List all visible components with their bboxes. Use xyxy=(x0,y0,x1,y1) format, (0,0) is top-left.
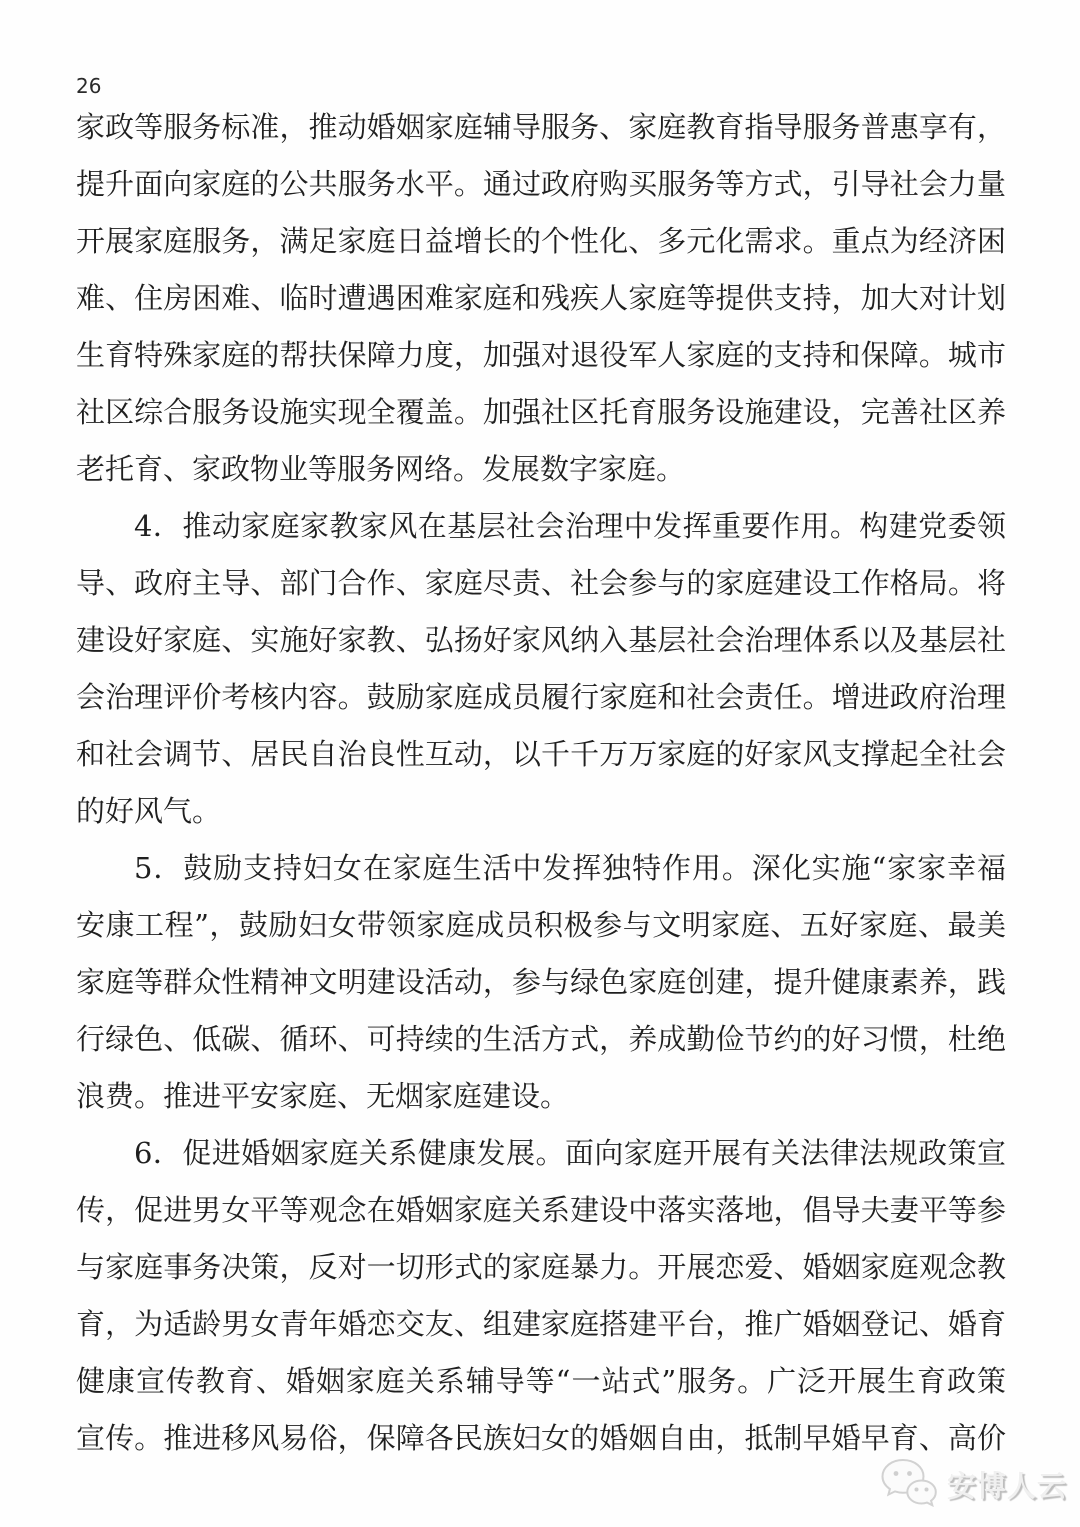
text-line: 会治理评价考核内容。鼓励家庭成员履行家庭和社会责任。增进政府治理 xyxy=(76,669,1006,726)
text-line: 提升面向家庭的公共服务水平。通过政府购买服务等方式，引导社会力量 xyxy=(76,156,1006,213)
text-line: 育，为适龄男女青年婚恋交友、组建家庭搭建平台，推广婚姻登记、婚育 xyxy=(76,1296,1006,1353)
text-line: 与家庭事务决策，反对一切形式的家庭暴力。开展恋爱、婚姻家庭观念教 xyxy=(76,1239,1006,1296)
text-line: 建设好家庭、实施好家教、弘扬好家风纳入基层社会治理体系以及基层社 xyxy=(76,612,1006,669)
text-line: 家政等服务标准，推动婚姻家庭辅导服务、家庭教育指导服务普惠享有， xyxy=(76,99,1006,156)
document-page: 26 家政等服务标准，推动婚姻家庭辅导服务、家庭教育指导服务普惠享有，提升面向家… xyxy=(0,0,1080,1527)
paragraph: 4．推动家庭家教家风在基层社会治理中发挥重要作用。构建党委领导、政府主导、部门合… xyxy=(76,498,1006,840)
text-line: 社区综合服务设施实现全覆盖。加强社区托育服务设施建设，完善社区养 xyxy=(76,384,1006,441)
text-line: 难、住房困难、临时遭遇困难家庭和残疾人家庭等提供支持，加大对计划 xyxy=(76,270,1006,327)
text-line: 健康宣传教育、婚姻家庭关系辅导等“一站式”服务。广泛开展生育政策 xyxy=(76,1353,1006,1410)
text-line: 家庭等群众性精神文明建设活动，参与绿色家庭创建，提升健康素养，践 xyxy=(76,954,1006,1011)
text-line: 生育特殊家庭的帮扶保障力度，加强对退役军人家庭的支持和保障。城市 xyxy=(76,327,1006,384)
document-body: 家政等服务标准，推动婚姻家庭辅导服务、家庭教育指导服务普惠享有，提升面向家庭的公… xyxy=(76,99,1006,1467)
watermark: 安博人云 xyxy=(880,1452,1067,1516)
text-line: 导、政府主导、部门合作、家庭尽责、社会参与的家庭建设工作格局。将 xyxy=(76,555,1006,612)
text-line: 5．鼓励支持妇女在家庭生活中发挥独特作用。深化实施“家家幸福 xyxy=(76,840,1006,897)
page-number: 26 xyxy=(76,74,101,98)
text-line: 行绿色、低碳、循环、可持续的生活方式，养成勤俭节约的好习惯，杜绝 xyxy=(76,1011,1006,1068)
text-line: 和社会调节、居民自治良性互动，以千千万万家庭的好家风支撑起全社会 xyxy=(76,726,1006,783)
text-line: 4．推动家庭家教家风在基层社会治理中发挥重要作用。构建党委领 xyxy=(76,498,1006,555)
paragraph: 5．鼓励支持妇女在家庭生活中发挥独特作用。深化实施“家家幸福安康工程”，鼓励妇女… xyxy=(76,840,1006,1125)
text-line: 6．促进婚姻家庭关系健康发展。面向家庭开展有关法律法规政策宣 xyxy=(76,1125,1006,1182)
text-line: 开展家庭服务，满足家庭日益增长的个性化、多元化需求。重点为经济困 xyxy=(76,213,1006,270)
text-line: 的好风气。 xyxy=(76,783,1006,840)
text-line: 宣传。推进移风易俗，保障各民族妇女的婚姻自由，抵制早婚早育、高价 xyxy=(76,1410,1006,1467)
text-line: 老托育、家政物业等服务网络。发展数字家庭。 xyxy=(76,441,1006,498)
paragraph: 6．促进婚姻家庭关系健康发展。面向家庭开展有关法律法规政策宣传，促进男女平等观念… xyxy=(76,1125,1006,1467)
text-line: 传，促进男女平等观念在婚姻家庭关系建设中落实落地，倡导夫妻平等参 xyxy=(76,1182,1006,1239)
text-line: 安康工程”，鼓励妇女带领家庭成员积极参与文明家庭、五好家庭、最美 xyxy=(76,897,1006,954)
text-line: 浪费。推进平安家庭、无烟家庭建设。 xyxy=(76,1068,1006,1125)
wechat-icon xyxy=(880,1457,938,1511)
watermark-text: 安博人云 xyxy=(947,1464,1067,1505)
paragraph: 家政等服务标准，推动婚姻家庭辅导服务、家庭教育指导服务普惠享有，提升面向家庭的公… xyxy=(76,99,1006,498)
